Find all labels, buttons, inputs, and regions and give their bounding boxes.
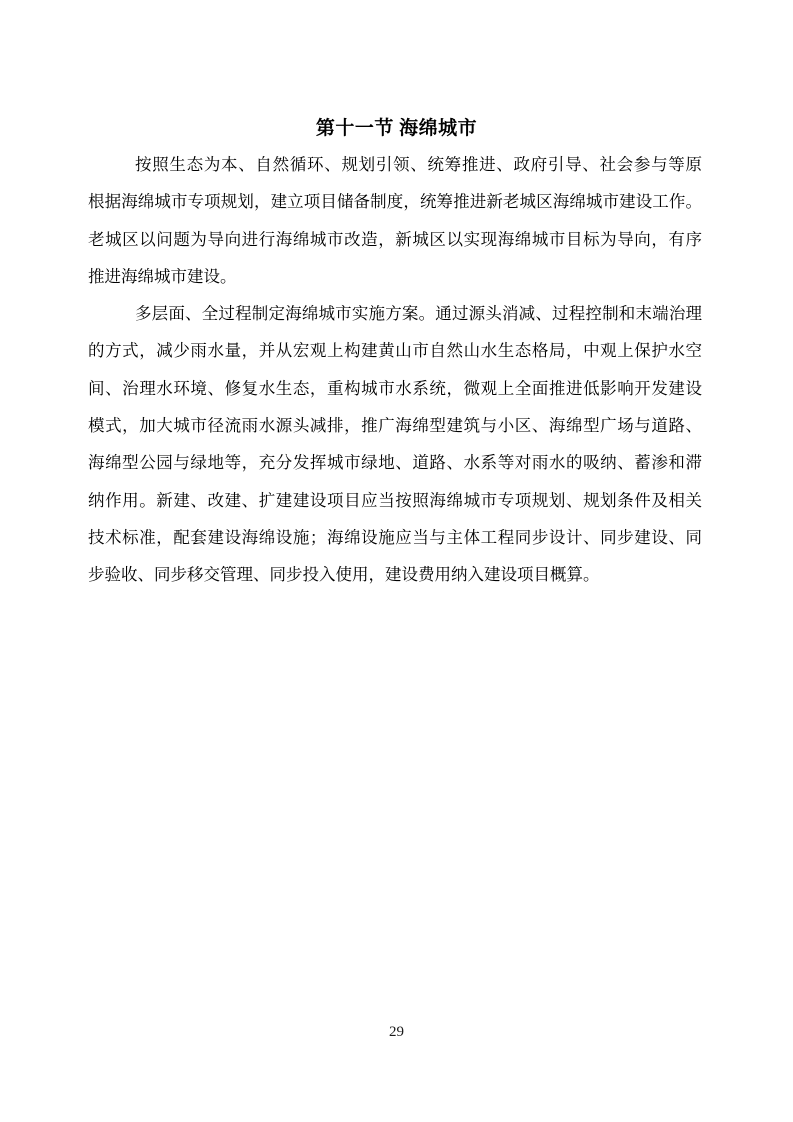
paragraph: 多层面、全过程制定海绵城市实施方案。通过源头消减、过程控制和末端治理的方式，减少… <box>88 295 702 593</box>
document-body: 按照生态为本、自然循环、规划引领、统筹推进、政府引导、社会参与等原则，根据海绵城… <box>88 146 702 594</box>
text-line: 多层面、全过程制定海绵城市实施方案。通过源头消减、过程控制和末端治理 <box>88 295 702 332</box>
paragraph: 按照生态为本、自然循环、规划引领、统筹推进、政府引导、社会参与等原则，根据海绵城… <box>88 146 702 295</box>
text-line: 根据海绵城市专项规划，建立项目储备制度，统筹推进新老城区海绵城市建设工作。 <box>88 183 702 220</box>
text-line: 推进海绵城市建设。 <box>88 258 702 295</box>
text-line: 的方式，减少雨水量，并从宏观上构建黄山市自然山水生态格局，中观上保护水空 <box>88 332 702 369</box>
text-line: 按照生态为本、自然循环、规划引领、统筹推进、政府引导、社会参与等原则， <box>88 146 702 183</box>
text-line: 老城区以问题为导向进行海绵城市改造，新城区以实现海绵城市目标为导向，有序 <box>88 221 702 258</box>
text-line: 间、治理水环境、修复水生态，重构城市水系统，微观上全面推进低影响开发建设 <box>88 370 702 407</box>
text-line: 海绵型公园与绿地等，充分发挥城市绿地、道路、水系等对雨水的吸纳、蓄渗和滞 <box>88 444 702 481</box>
text-line: 模式，加大城市径流雨水源头减排，推广海绵型建筑与小区、海绵型广场与道路、 <box>88 407 702 444</box>
text-line: 纳作用。新建、改建、扩建建设项目应当按照海绵城市专项规划、规划条件及相关 <box>88 482 702 519</box>
text-line: 步验收、同步移交管理、同步投入使用，建设费用纳入建设项目概算。 <box>88 556 702 593</box>
section-title: 第十一节 海绵城市 <box>0 114 793 144</box>
document-page: 第十一节 海绵城市 按照生态为本、自然循环、规划引领、统筹推进、政府引导、社会参… <box>0 0 793 1122</box>
text-line: 技术标准，配套建设海绵设施；海绵设施应当与主体工程同步设计、同步建设、同 <box>88 519 702 556</box>
page-number: 29 <box>0 1022 793 1042</box>
